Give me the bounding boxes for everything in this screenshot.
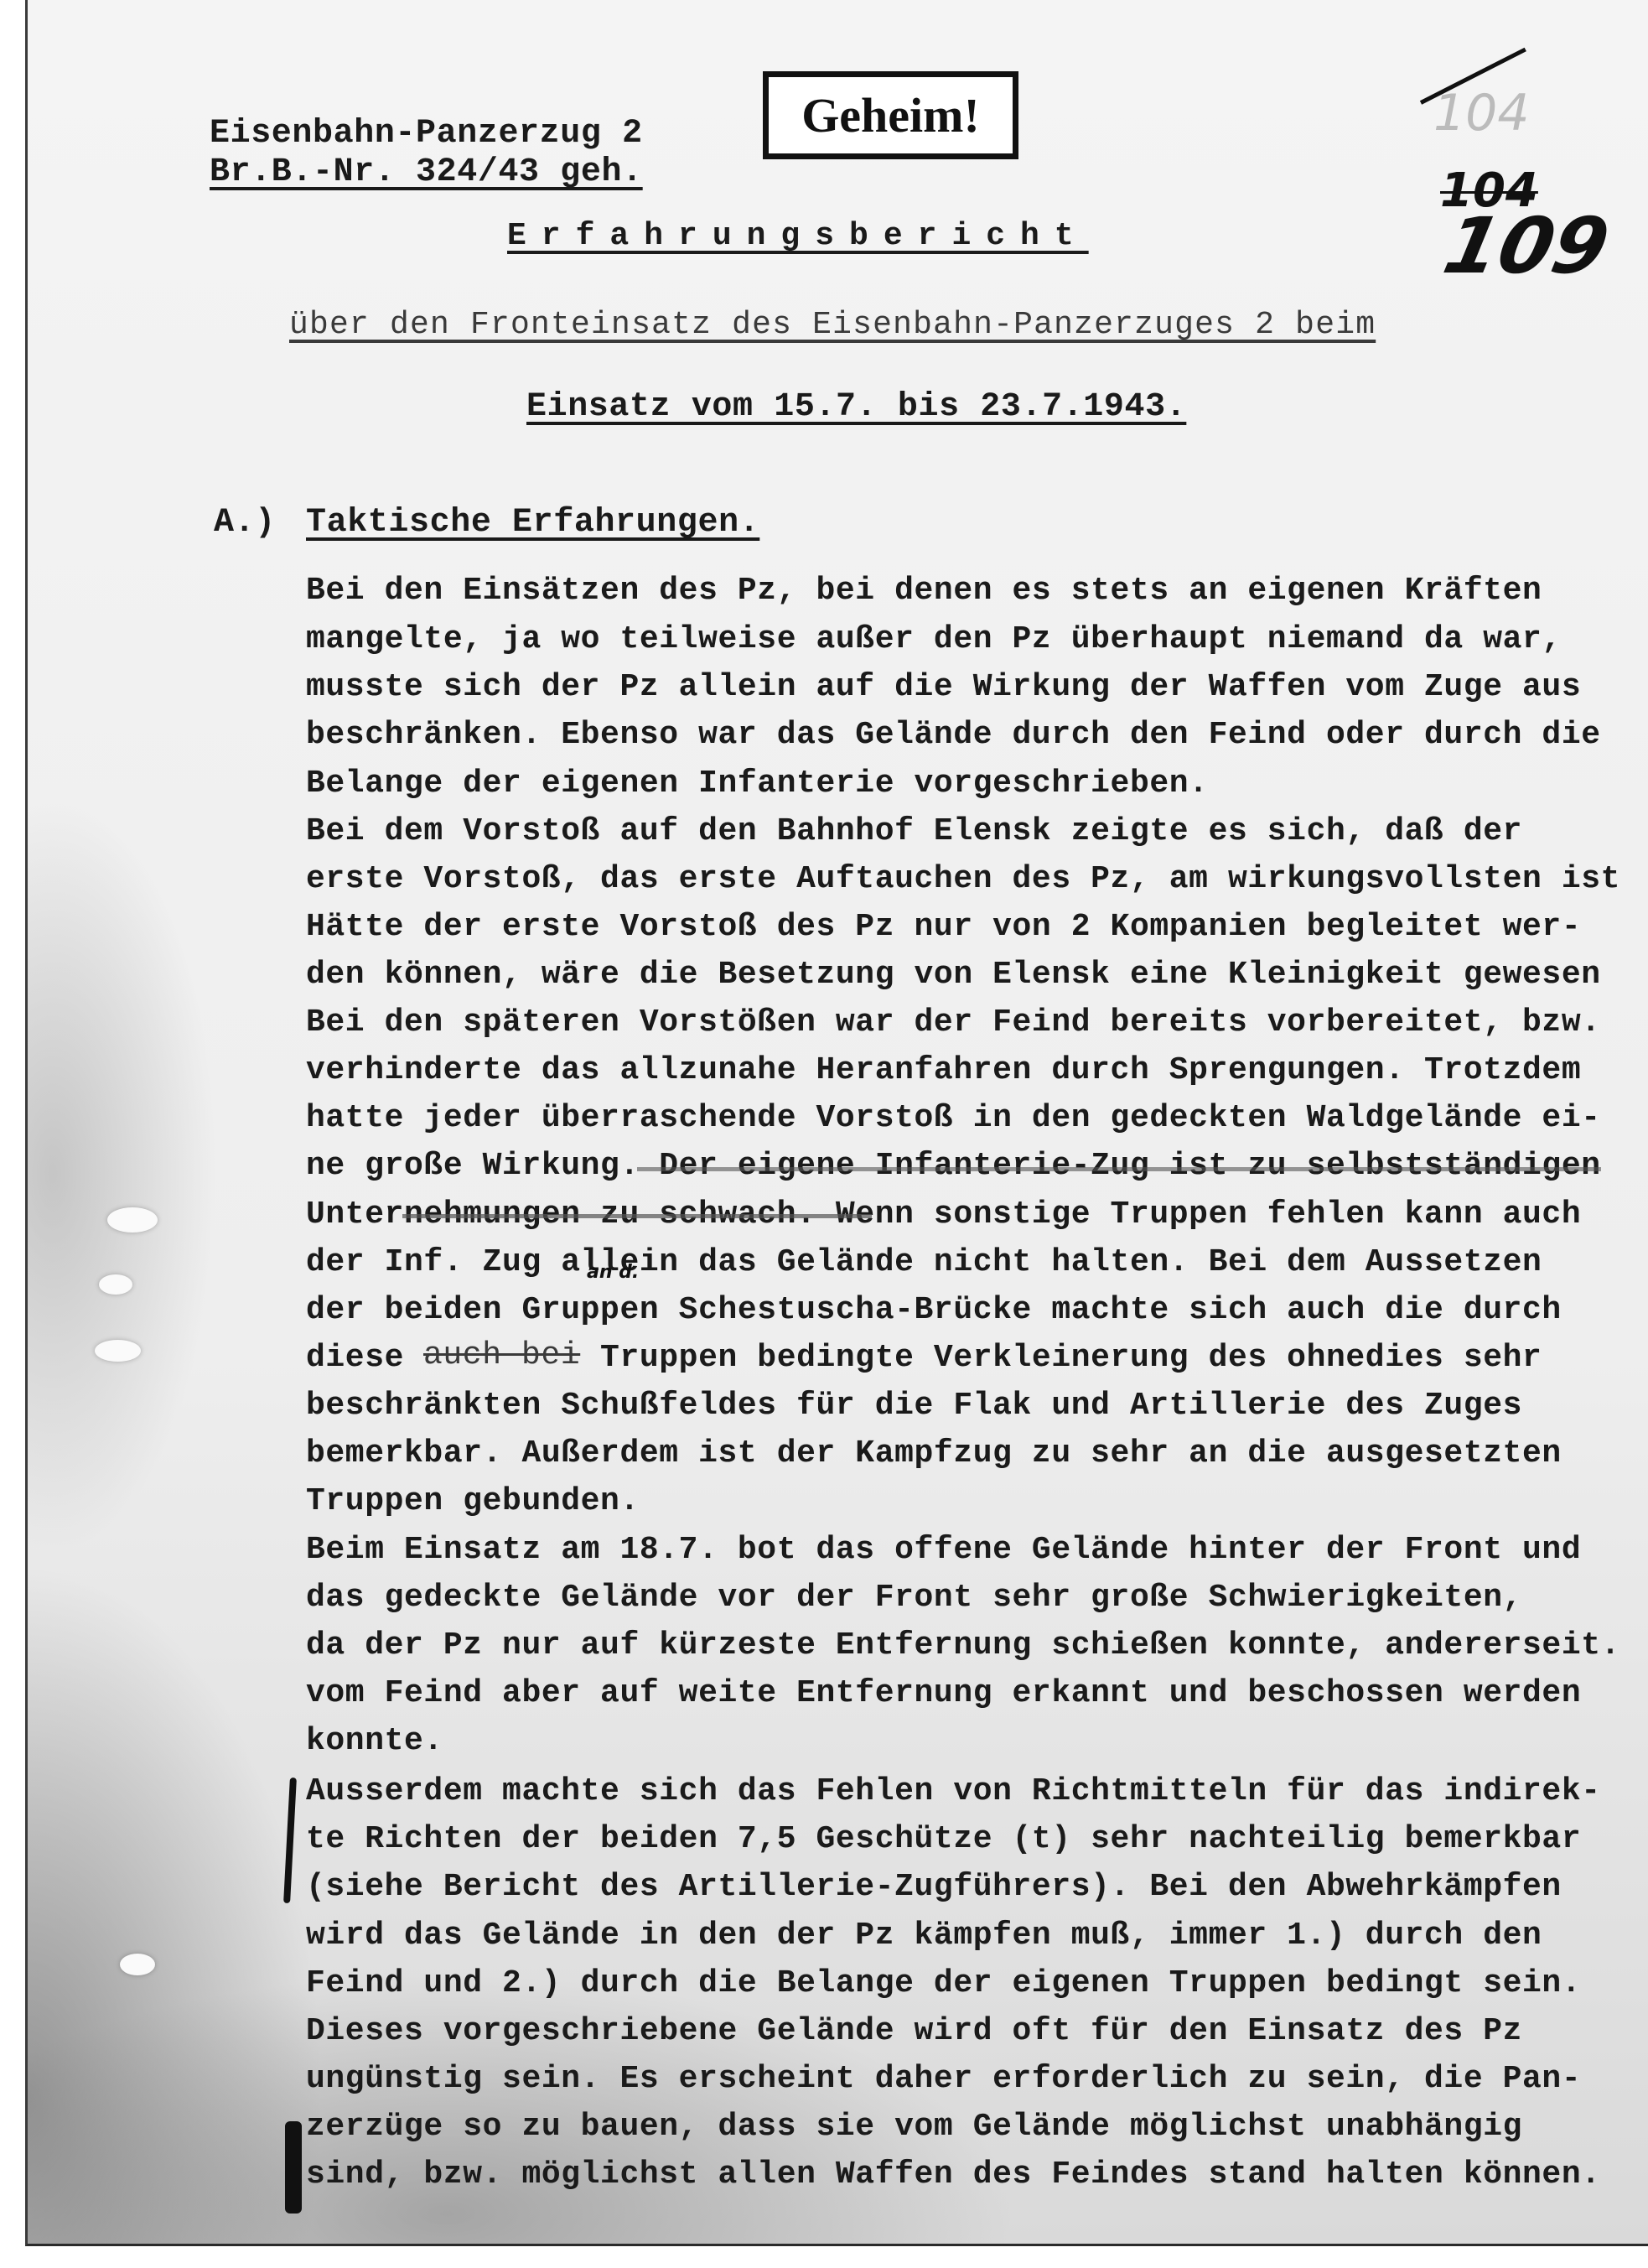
body-line: Bei den späteren Vorstößen war der Feind… [306,1006,1601,1040]
body-line: Hätte der erste Vorstoß des Pz nur von 2… [306,911,1581,944]
body-line: da der Pz nur auf kürzeste Entfernung sc… [306,1629,1620,1663]
body-line: Feind und 2.) durch die Belange der eige… [306,1967,1581,2001]
punch-hole [95,1340,141,1362]
punch-hole [120,1954,155,1975]
body-line: zerzüge so zu bauen, dass sie vom Geländ… [306,2110,1522,2144]
body-line: Truppen gebunden. [306,1485,640,1518]
body-line: Beim Einsatz am 18.7. bot das offene Gel… [306,1534,1581,1567]
punch-hole [99,1274,132,1295]
body-line: Bei dem Vorstoß auf den Bahnhof Elensk z… [306,815,1522,849]
page-number-faint: 104 [1433,84,1530,143]
body-line: erste Vorstoß, das erste Auftauchen des … [306,863,1620,896]
body-line: bemerkbar. Außerdem ist der Kampfzug zu … [306,1437,1562,1471]
body-line: sind, bzw. möglichst allen Waffen des Fe… [306,2158,1601,2192]
document-title: Erfahrungsbericht [507,220,1089,253]
body-line: (siehe Bericht des Artillerie-Zugführers… [306,1871,1562,1904]
document-period: Einsatz vom 15.7. bis 23.7.1943. [526,391,1186,424]
body-line: das gedeckte Gelände vor der Front sehr … [306,1581,1522,1615]
hand-underline [402,1214,872,1218]
body-line: beschränkten Schußfeldes für die Flak un… [306,1389,1522,1423]
body-line: der Inf. Zug allein das Gelände nicht ha… [306,1246,1542,1279]
body-line: verhinderte das allzunahe Heranfahren du… [306,1054,1581,1087]
document-subtitle: über den Fronteinsatz des Eisenbahn-Panz… [289,309,1376,342]
body-line: ne große Wirkung. Der eigene Infanterie-… [306,1150,1601,1183]
section-marker: A.) [214,506,276,540]
body-line: Bei den Einsätzen des Pz, bei denen es s… [306,574,1542,608]
struck-text: auch bei [423,1339,580,1373]
handwritten-insert: an d. [587,1262,639,1283]
section-heading: Taktische Erfahrungen. [306,506,759,540]
body-line: mangelte, ja wo teilweise außer den Pz ü… [306,623,1562,657]
body-line: wird das Gelände in den der Pz kämpfen m… [306,1919,1542,1953]
body-line: Belange der eigenen Infanterie vorgeschr… [306,767,1209,801]
hand-underline [637,1167,1601,1171]
body-line: vom Feind aber auf weite Entfernung erka… [306,1677,1581,1710]
body-line: hatte jeder überraschende Vorstoß in den… [306,1102,1601,1135]
reference-number: Br.B.-Nr. 324/43 geh. [210,156,643,189]
body-line: ungünstig sein. Es erscheint daher erfor… [306,2063,1581,2096]
body-line: te Richten der beiden 7,5 Geschütze (t) … [306,1823,1581,1856]
body-line: der beiden Gruppen Schestuscha-Brücke ma… [306,1294,1562,1327]
body-line: Dieses vorgeschriebene Gelände wird oft … [306,2015,1522,2048]
punch-hole [107,1207,158,1233]
body-line: konnte. [306,1725,443,1758]
margin-mark [285,2121,302,2214]
classification-stamp: Geheim! [763,71,1018,159]
body-line: musste sich der Pz allein auf die Wirkun… [306,671,1581,704]
body-line: den können, wäre die Besetzung von Elens… [306,958,1601,992]
body-line: beschränken. Ebenso war das Gelände durc… [306,719,1601,752]
page-number: 109 [1437,201,1617,291]
body-line: Ausserdem machte sich das Fehlen von Ric… [306,1775,1601,1809]
unit-name: Eisenbahn-Panzerzug 2 [210,117,643,151]
